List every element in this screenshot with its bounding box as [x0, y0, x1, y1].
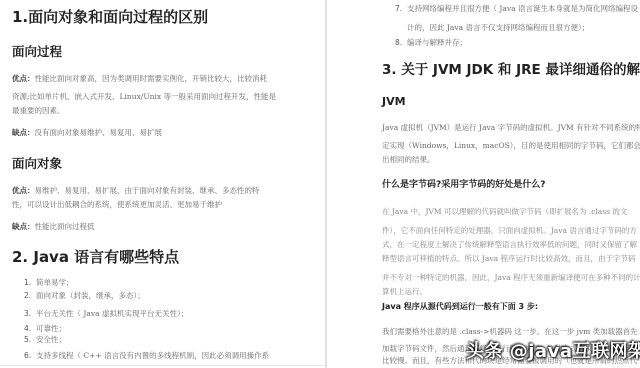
feature-item: 2.面向对象（封装，继承，多态）； — [24, 290, 145, 301]
right-page: 7.支持网络编程并且很方便（ Java 语言诞生本身就是为简化网络编程设 计的，… — [327, 0, 640, 368]
feature-item: 3.平台无关性（ Java 虚拟机实现平台无关性）； — [24, 308, 188, 319]
bytecode-line3: 式，在一定程度上解决了传统解释型语言执行效率低的问题，同时又保留了解 — [382, 239, 637, 250]
oop-pros-line2: 性，可以设计出低耦合的系统，使系统更加灵活、更加易于维护 — [12, 199, 222, 210]
bytecode-line5: 并不专对一种特定的机器，因此，Java 程序无须重新编译便可在多种不同的计 — [382, 272, 640, 283]
procedural-cons: 缺点：没有面向对象易维护、易复用、易扩展 — [12, 127, 162, 138]
oop-cons: 缺点：性能比面向过程低 — [12, 221, 95, 232]
watermark: 头条 @java互联网架构 — [466, 337, 640, 363]
feature-item: 4.可靠性； — [24, 323, 66, 334]
left-page: 1.面向对象和面向过程的区别 面向过程 优点：性能比面向对象高，因为类调用时需要… — [0, 0, 325, 368]
feature-item: 6.支持多线程（ C++ 语言没有内置的多线程机制，因此必须调用操作系 — [24, 350, 269, 361]
page-bottom-edge — [0, 365, 325, 366]
jvm-text-line3: 出相同的结果。 — [382, 154, 435, 165]
oop-pros-line1: 优点：易维护、易复用、易扩展，由于面向对象有封装、继承、多态性的特 — [12, 185, 260, 196]
pros-label: 优点： — [12, 74, 35, 83]
section-3-title: 3. 关于 JVM JDK 和 JRE 最详细通俗的解答 — [382, 58, 640, 78]
procedural-heading: 面向过程 — [12, 42, 62, 60]
feature-item-cont: 计的，因此 Java 语言不仅支持网络编程而且很方便）； — [407, 22, 589, 33]
bytecode-line4: 释型语言可移植的特点。所以 Java 程序运行时比较高效，而且，由于字节码 — [382, 253, 635, 264]
jvm-heading: JVM — [382, 95, 406, 108]
procedural-pros-line2: 资源;比如单片机、嵌入式开发、Linux/Unix 等一般采用面向过程开发，性能… — [12, 91, 276, 102]
steps-line1: 我们需要格外注意的是 .class->机器码 这一步。在这一步 jvm 类加载器… — [382, 326, 638, 337]
section-1-title: 1.面向对象和面向过程的区别 — [12, 6, 208, 27]
feature-item: 7.支持网络编程并且很方便（ Java 语言诞生本身就是为简化网络编程设 — [395, 3, 638, 14]
cons-label: 缺点： — [12, 128, 35, 137]
feature-item: 5.安全性； — [24, 334, 66, 345]
bytecode-line2: 件），它不面向任何特定的处理器，只面向虚拟机。Java 语言通过字节码的方 — [382, 225, 637, 236]
feature-item: 1.简单易学； — [24, 277, 74, 288]
procedural-pros-line3: 最重要的因素。 — [12, 105, 65, 116]
bytecode-line6: 算机上运行。 — [382, 286, 427, 297]
oop-heading: 面向对象 — [12, 154, 62, 172]
cons-label: 缺点： — [12, 222, 35, 231]
jvm-text-line1: Java 虚拟机（JVM）是运行 Java 字节码的虚拟机。JVM 有针对不同系… — [382, 122, 640, 133]
jvm-text-line2: 定实现（Windows，Linux，macOS），目的是使用相同的字节码，它们都… — [382, 140, 640, 151]
pros-label: 优点： — [12, 186, 35, 195]
steps-heading: Java 程序从源代码到运行一般有下面 3 步: — [382, 301, 538, 312]
procedural-pros-line1: 优点：性能比面向对象高，因为类调用时需要实例化，开销比较大，比较消耗 — [12, 73, 267, 84]
section-2-title: 2. Java 语言有哪些特点 — [12, 246, 179, 267]
bytecode-line1: 在 Java 中，JVM 可以理解的代码就叫做字节码（即扩展名为 .class … — [382, 206, 627, 217]
bytecode-heading: 什么是字节码?采用字节码的好处是什么? — [382, 177, 545, 190]
feature-item: 8.编译与解释并存； — [395, 37, 467, 48]
